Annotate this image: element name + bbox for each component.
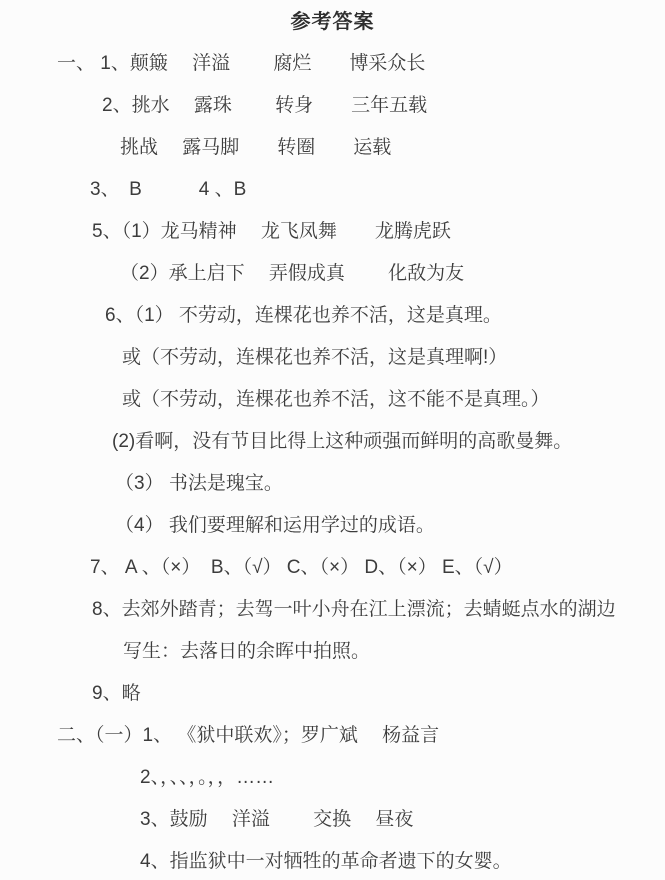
answer-line: 2、，、、，。，，……: [140, 757, 665, 799]
answer-line: 3、 B 4 、B: [90, 169, 665, 211]
answer-line: 挑战 露马脚 转圈 运载: [120, 127, 665, 169]
answer-document: 参考答案 一、 1、颠簸 洋溢 腐烂 博采众长 2、挑水 露珠 转身 三年五载 …: [0, 0, 665, 880]
page-title: 参考答案: [0, 1, 665, 43]
answer-line: 或（不劳动，连棵花也养不活，这是真理啊!）: [122, 337, 665, 379]
answer-line: 4、指监狱中一对牺牲的革命者遗下的女婴。: [140, 841, 665, 880]
answer-line-section-2: 二、（一）1、 《狱中联欢》；罗广斌 杨益言: [57, 715, 665, 757]
answer-line: 3、鼓励 洋溢 交换 昼夜: [140, 799, 665, 841]
answer-line: 8、去郊外踏青；去驾一叶小舟在江上漂流；去蜻蜓点水的湖边: [92, 589, 665, 631]
answer-line: 写生：去落日的余晖中拍照。: [123, 631, 665, 673]
answer-line: （2）承上启下 弄假成真 化敌为友: [120, 253, 665, 295]
answer-line: 7、 A 、（×） B、（√） C、（×） D、（×） E、（√）: [90, 547, 665, 589]
answer-line: (2)看啊，没有节目比得上这种顽强而鲜明的高歌曼舞。: [112, 421, 665, 463]
answer-line: 或（不劳动，连棵花也养不活，这不能不是真理。）: [122, 379, 665, 421]
answer-line: （4） 我们要理解和运用学过的成语。: [115, 505, 665, 547]
answer-sheet-page: 参考答案 一、 1、颠簸 洋溢 腐烂 博采众长 2、挑水 露珠 转身 三年五载 …: [0, 0, 665, 880]
answer-line: 6、（1） 不劳动，连棵花也养不活，这是真理。: [105, 295, 665, 337]
answer-line: 2、挑水 露珠 转身 三年五载: [102, 85, 665, 127]
answer-line: （3） 书法是瑰宝。: [115, 463, 665, 505]
answer-line-section-1: 一、 1、颠簸 洋溢 腐烂 博采众长: [57, 43, 665, 85]
answer-line: 5、（1）龙马精神 龙飞凤舞 龙腾虎跃: [92, 211, 665, 253]
answer-line: 9、略: [92, 673, 665, 715]
